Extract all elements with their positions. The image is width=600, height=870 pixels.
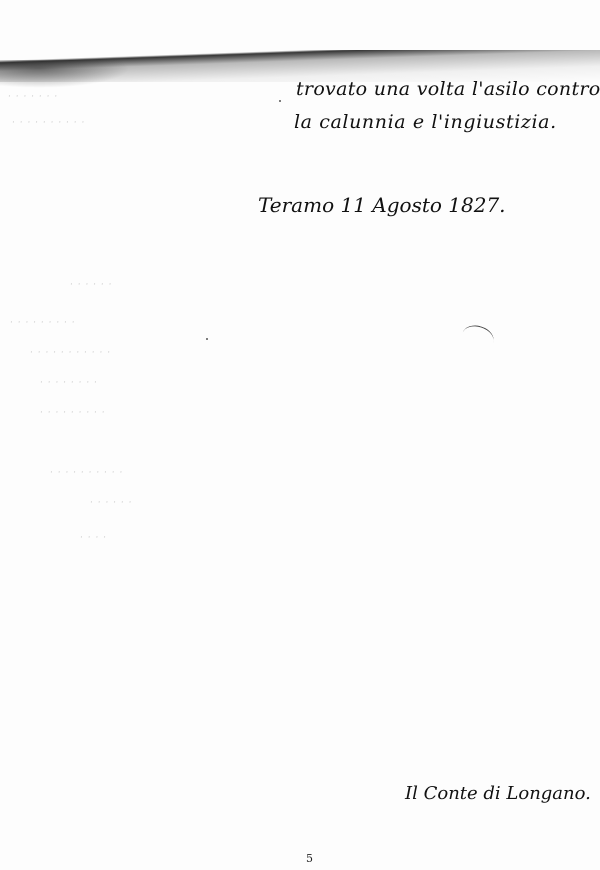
bleed-through-text: · · · · · · · · (40, 378, 98, 388)
bleed-through-text: · · · · · · (70, 280, 112, 290)
body-line-1: trovato una volta l'asilo contro (296, 78, 600, 100)
ink-speck (206, 338, 208, 340)
bleed-through-text: · · · · · · · · · · · (30, 348, 111, 358)
bleed-through-text: · · · · · · · · · (40, 408, 106, 418)
bleed-through-text: · · · · · · · · · · (50, 468, 123, 478)
ink-stroke-mark (459, 322, 497, 354)
date-line: Teramo 11 Agosto 1827. (258, 193, 506, 217)
bleed-through-text: · · · · · · · (8, 92, 58, 102)
ink-speck (279, 100, 281, 102)
bleed-through-text: · · · · · · · · · (10, 318, 76, 328)
bleed-through-text: · · · · · · · · · · (12, 118, 85, 128)
bleed-through-text: · · · · · · (90, 498, 132, 508)
signature: Il Conte di Longano. (405, 783, 591, 804)
manuscript-page: · · · · · · · · · · · · · · · · · · · · … (0, 0, 600, 870)
body-line-2: la calunnia e l'ingiustizia. (294, 111, 557, 133)
bleed-through-text: · · · · (80, 533, 107, 543)
page-mark: 5 (306, 852, 313, 865)
